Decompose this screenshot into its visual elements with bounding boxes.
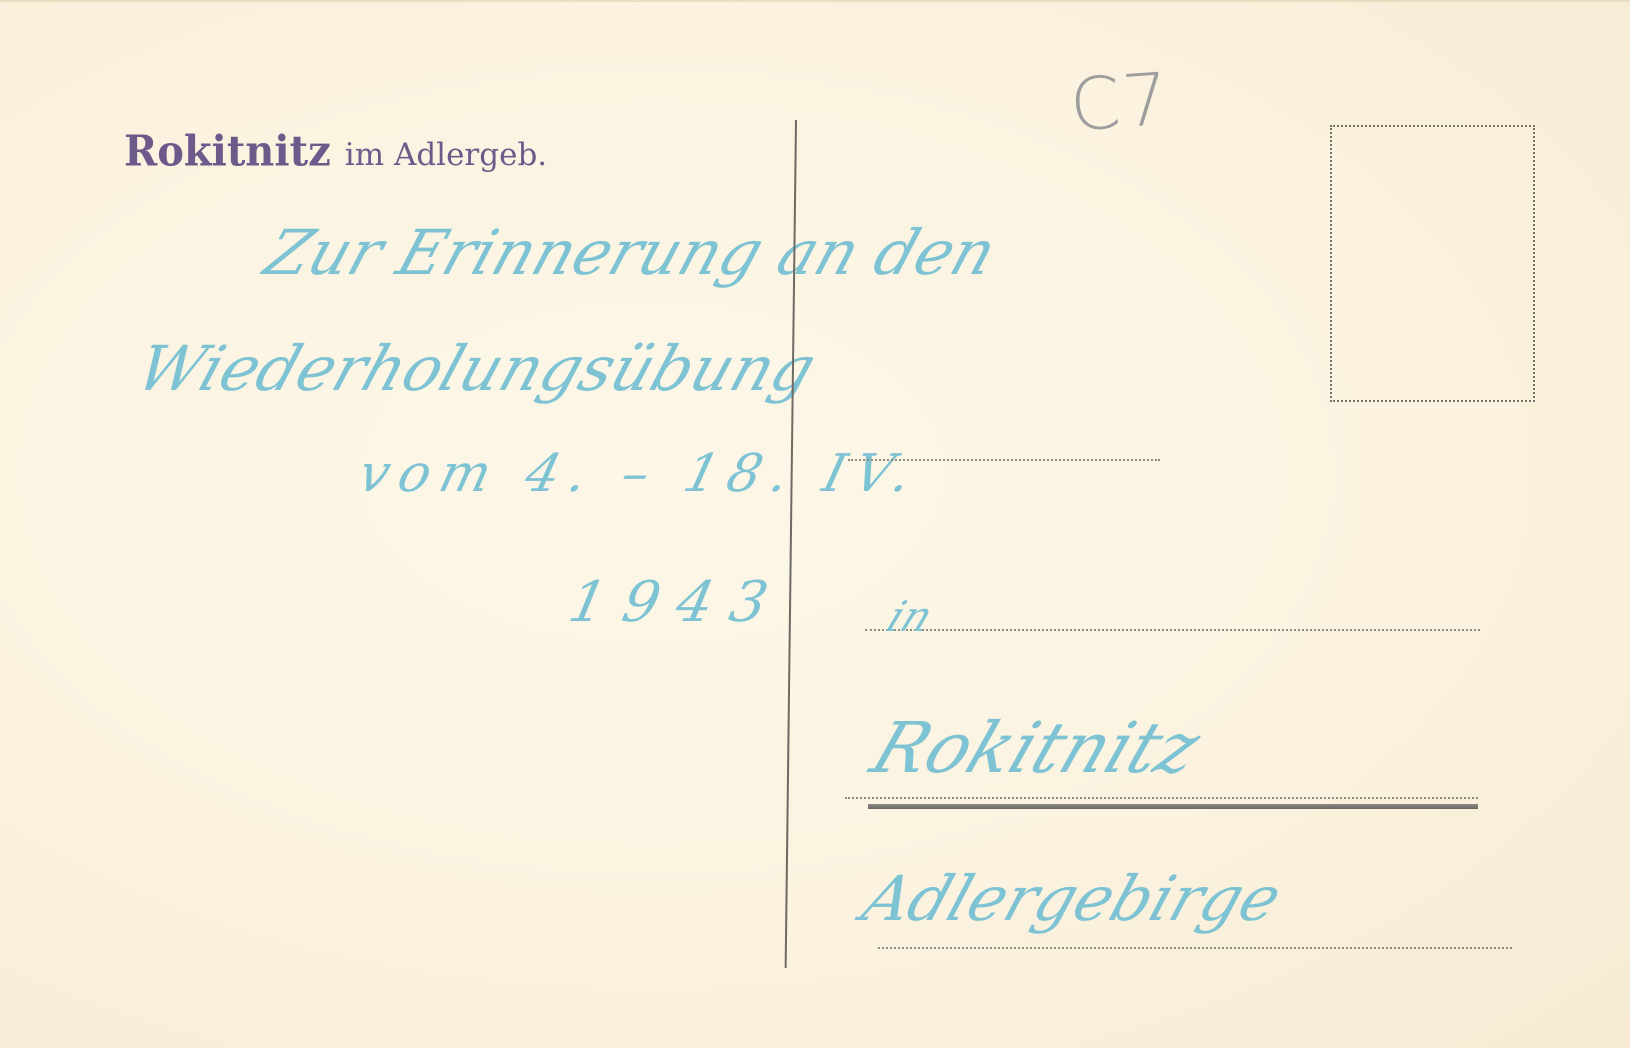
address-line-4 xyxy=(878,947,1512,949)
address-line-2 xyxy=(865,629,1480,631)
address-town: Rokitnitz xyxy=(861,707,1211,789)
printed-town-stamp: Rokitnitz im Adlergeb. xyxy=(124,128,547,175)
message-line-1: Zur Erinnerung an den xyxy=(256,216,1005,289)
postcard-back: Rokitnitz im Adlergeb. C7 Zur Erinnerung… xyxy=(0,0,1630,1048)
address-region: Adlergebirge xyxy=(854,862,1290,935)
message-line-4: 1943 xyxy=(563,570,791,635)
stamp-town: Rokitnitz xyxy=(124,127,331,176)
address-underline-bold xyxy=(868,804,1478,809)
address-line-3 xyxy=(845,797,1478,799)
message-line-3: vom 4. – 18. IV. xyxy=(353,444,928,504)
stamp-region: im Adlergeb. xyxy=(345,137,547,173)
pencil-annotation: C7 xyxy=(1067,57,1173,148)
address-in: in xyxy=(880,592,940,641)
postage-stamp-box xyxy=(1330,125,1535,402)
message-line-2: Wiederholungsübung xyxy=(128,332,825,405)
address-line-1 xyxy=(848,459,1160,461)
